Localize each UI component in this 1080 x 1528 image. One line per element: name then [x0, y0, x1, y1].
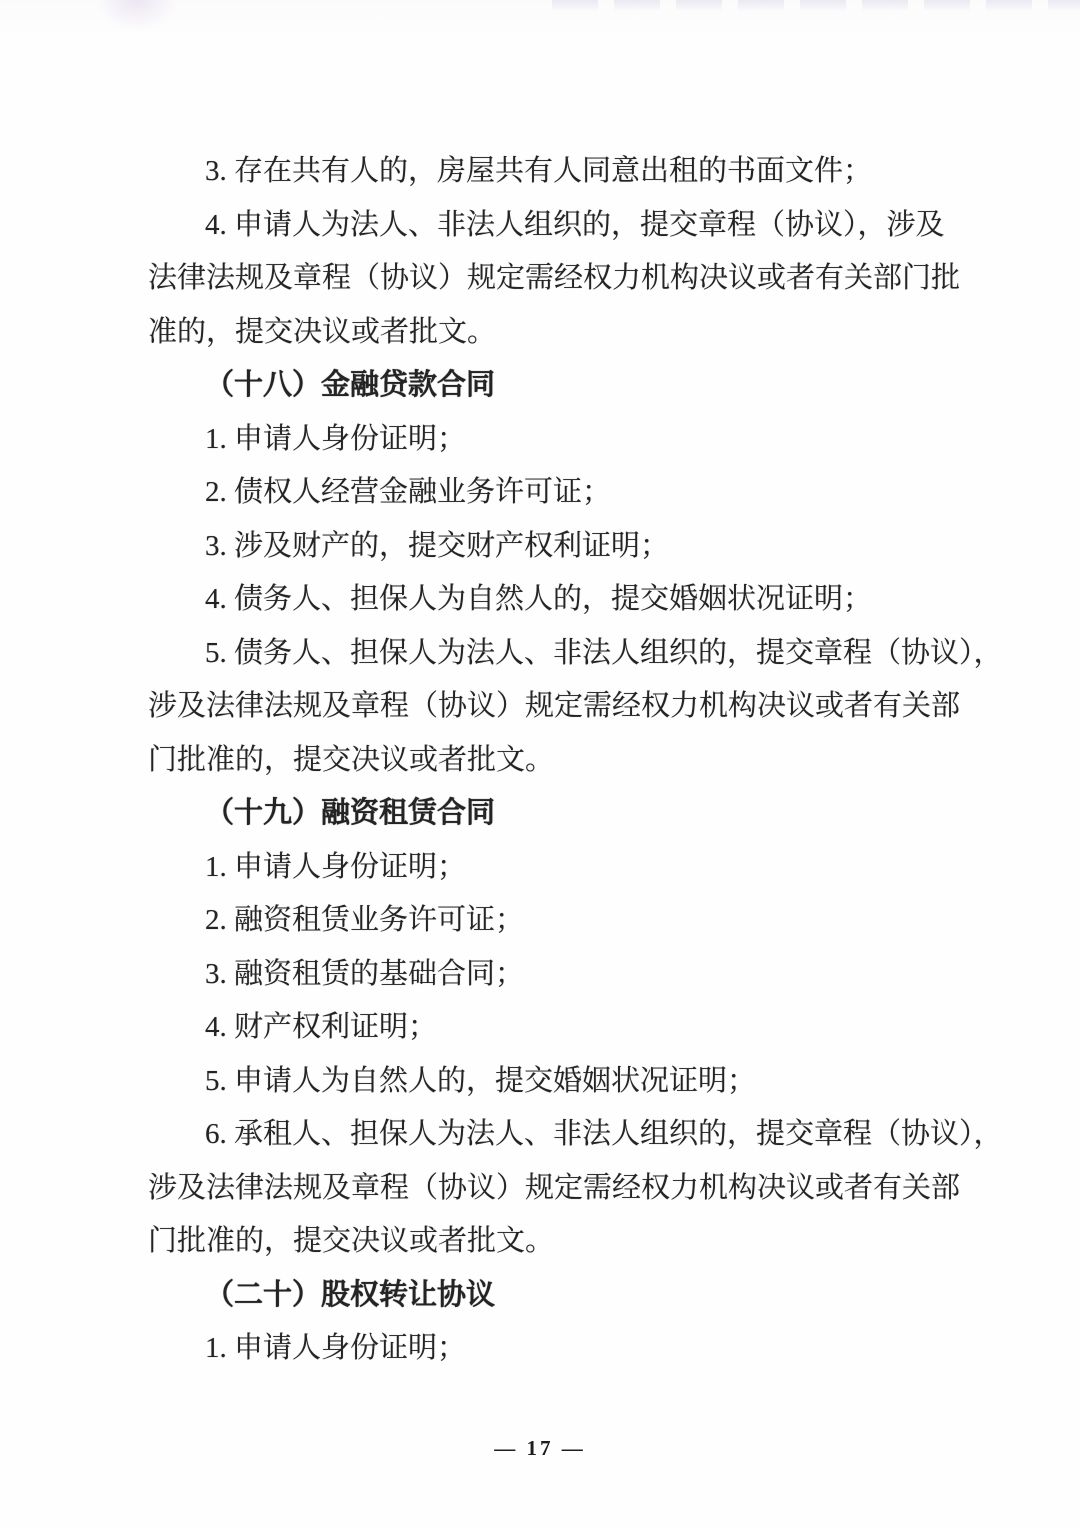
- text-line: 2. 融资租赁业务许可证；: [148, 894, 938, 948]
- text-line: 1. 申请人身份证明；: [148, 841, 938, 895]
- text-line: 4. 债务人、担保人为自然人的，提交婚姻状况证明；: [148, 573, 938, 627]
- text-line: 涉及法律法规及章程（协议）规定需经权力机构决议或者有关部: [148, 680, 938, 734]
- document-page: 3. 存在共有人的，房屋共有人同意出租的书面文件；4. 申请人为法人、非法人组织…: [0, 0, 1080, 1528]
- section-heading: （十八）金融贷款合同: [148, 359, 938, 413]
- text-line: 涉及法律法规及章程（协议）规定需经权力机构决议或者有关部: [148, 1162, 938, 1216]
- section-heading: （二十）股权转让协议: [148, 1269, 938, 1323]
- document-body: 3. 存在共有人的，房屋共有人同意出租的书面文件；4. 申请人为法人、非法人组织…: [148, 145, 938, 1376]
- text-line: 5. 申请人为自然人的，提交婚姻状况证明；: [148, 1055, 938, 1109]
- text-line: 门批准的，提交决议或者批文。: [148, 1215, 938, 1269]
- text-line: 2. 债权人经营金融业务许可证；: [148, 466, 938, 520]
- section-heading: （十九）融资租赁合同: [148, 787, 938, 841]
- text-line: 4. 财产权利证明；: [148, 1001, 938, 1055]
- text-line: 3. 融资租赁的基础合同；: [148, 948, 938, 1002]
- text-line: 门批准的，提交决议或者批文。: [148, 734, 938, 788]
- scan-edge-artifact: [552, 0, 1080, 11]
- text-line: 1. 申请人身份证明；: [148, 413, 938, 467]
- text-line: 4. 申请人为法人、非法人组织的，提交章程（协议），涉及: [148, 199, 938, 253]
- text-line: 6. 承租人、担保人为法人、非法人组织的，提交章程（协议），: [148, 1108, 938, 1162]
- scan-smudge-artifact: [98, 0, 176, 30]
- text-line: 3. 涉及财产的，提交财产权利证明；: [148, 520, 938, 574]
- text-line: 准的，提交决议或者批文。: [148, 306, 938, 360]
- text-line: 1. 申请人身份证明；: [148, 1322, 938, 1376]
- text-line: 3. 存在共有人的，房屋共有人同意出租的书面文件；: [148, 145, 938, 199]
- text-line: 法律法规及章程（协议）规定需经权力机构决议或者有关部门批: [148, 252, 938, 306]
- page-number: — 17 —: [0, 1436, 1080, 1461]
- text-line: 5. 债务人、担保人为法人、非法人组织的，提交章程（协议），: [148, 627, 938, 681]
